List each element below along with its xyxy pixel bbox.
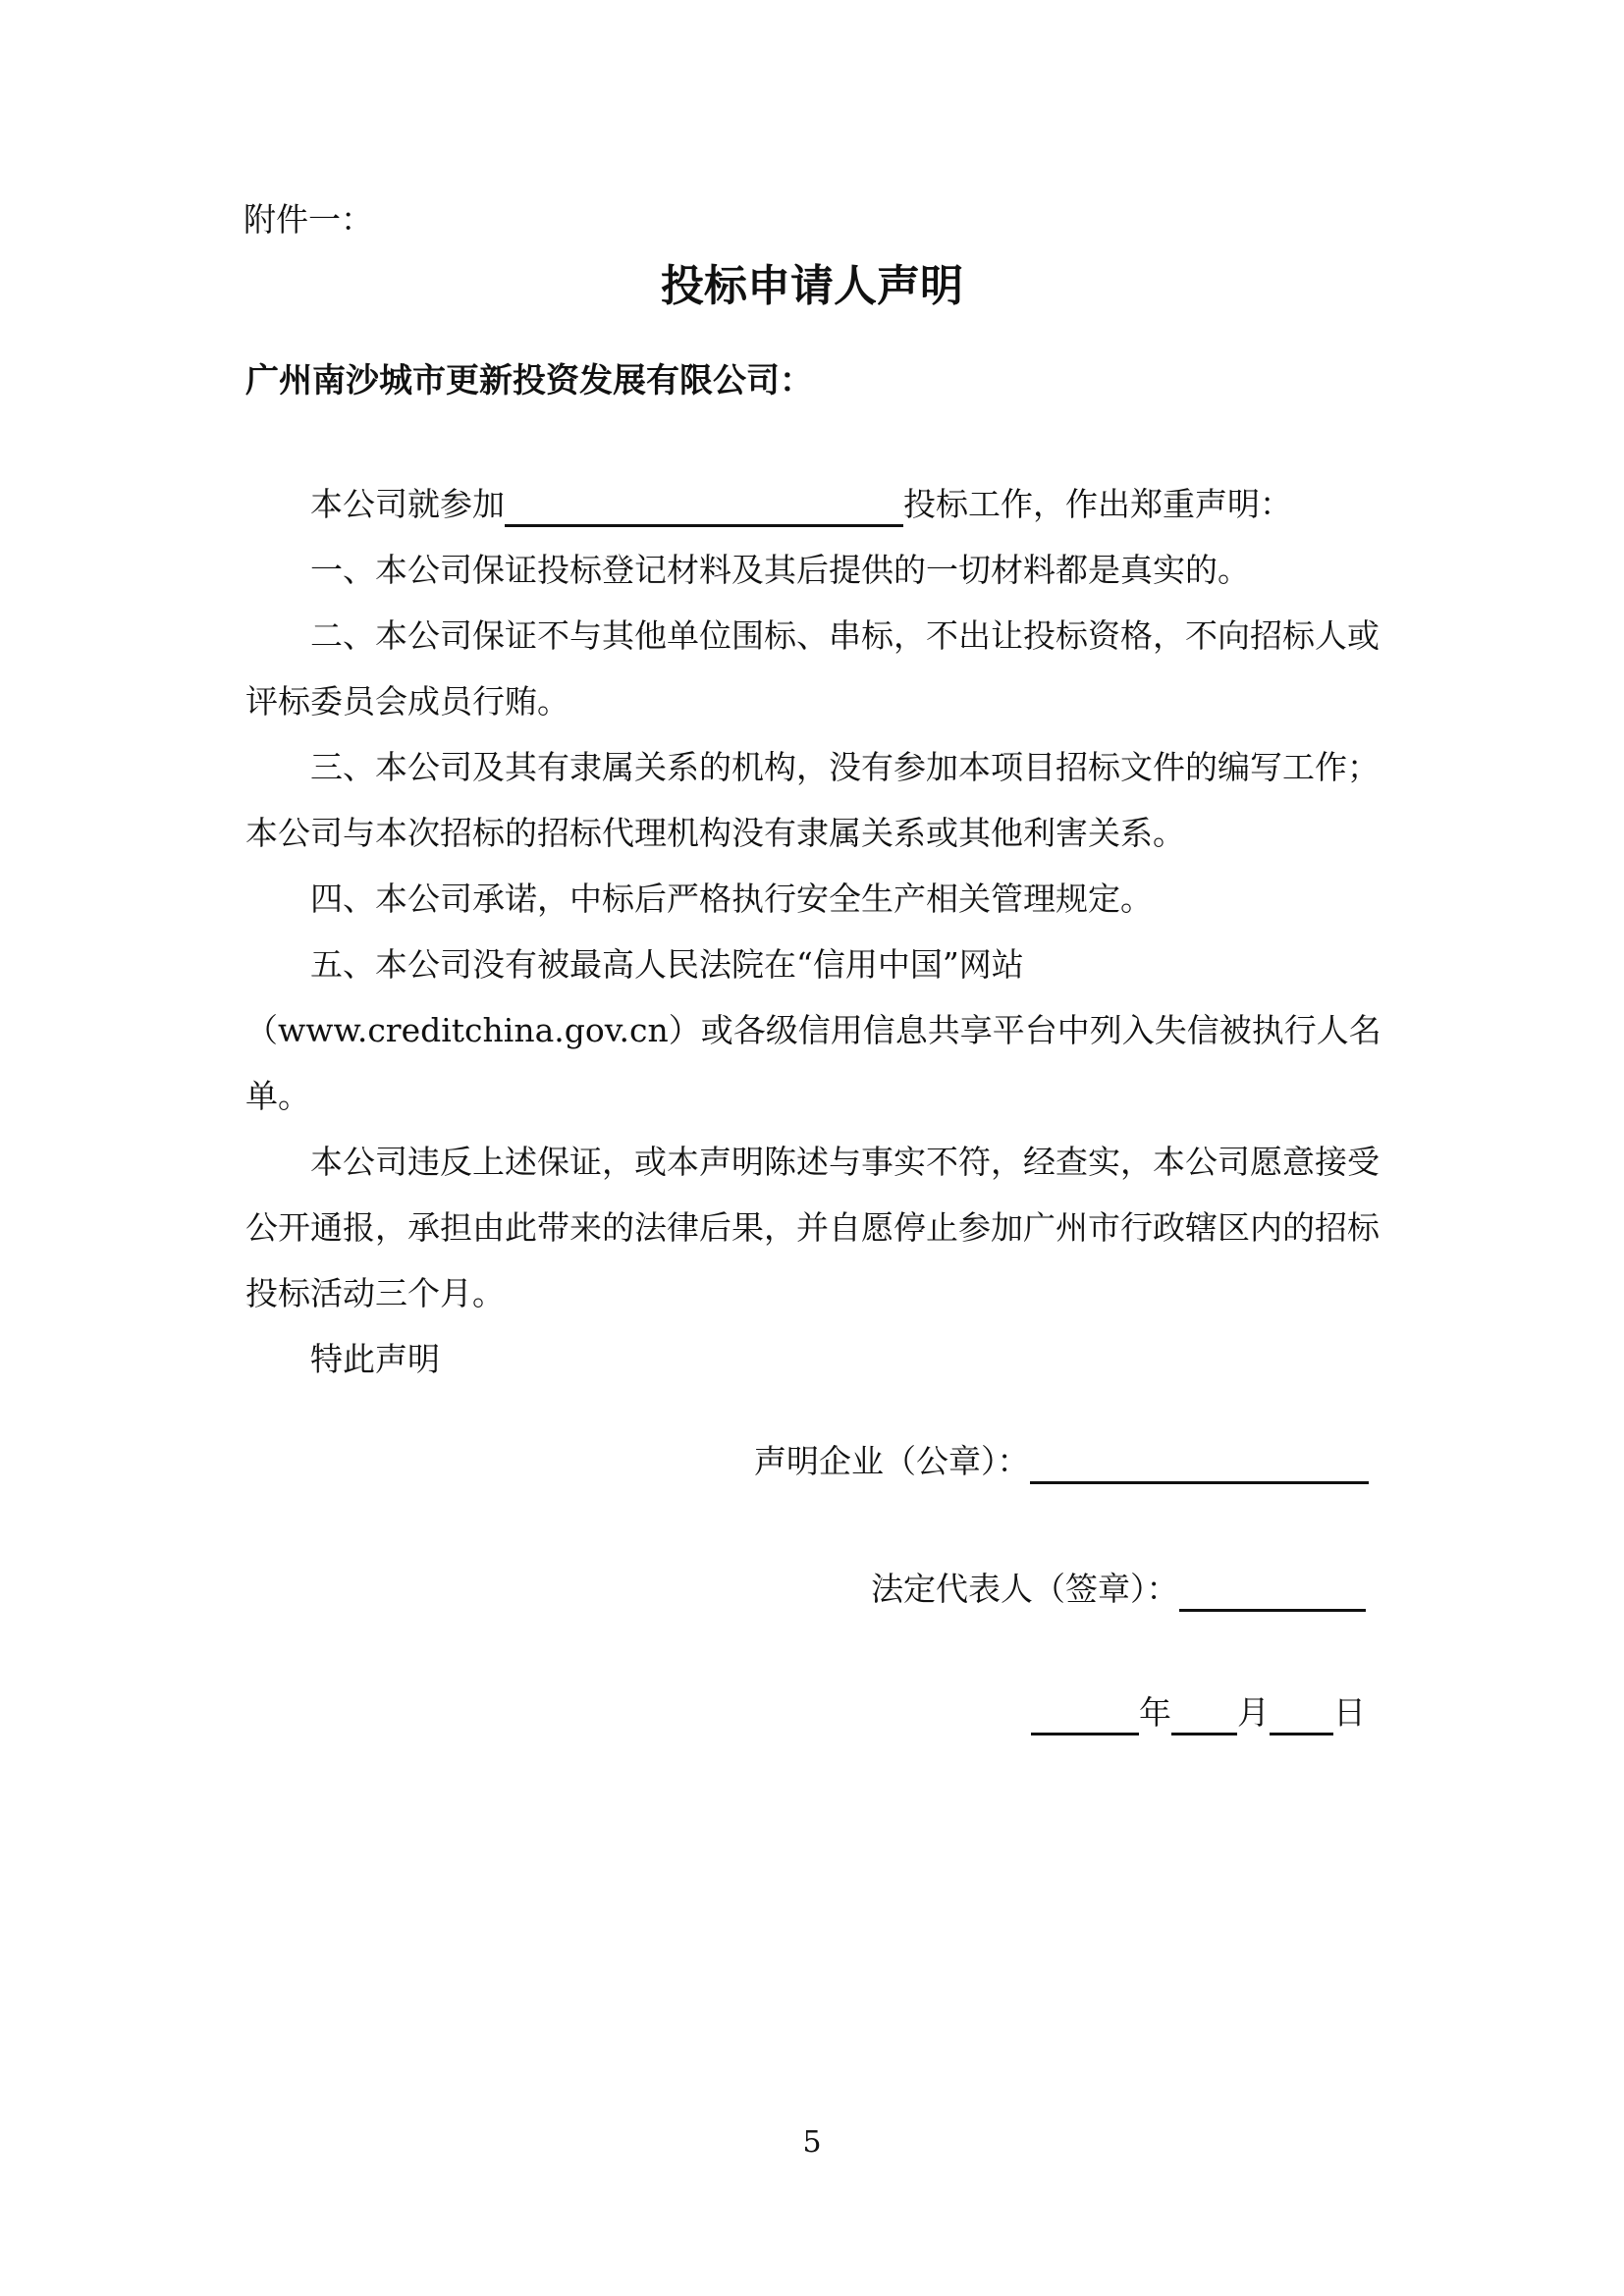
legal-representative-blank-field — [1179, 1609, 1366, 1612]
clause-3-line-2: 本公司与本次招标的招标代理机构没有隶属关系或其他利害关系。 — [245, 800, 1399, 866]
clause-1-line: 一、本公司保证投标登记材料及其后提供的一切材料都是真实的。 — [245, 537, 1399, 603]
project-name-blank-field — [505, 524, 903, 527]
addressee-line: 广州南沙城市更新投资发展有限公司： — [245, 348, 813, 414]
clause-2-line-2: 评标委员会成员行贿。 — [245, 668, 1399, 734]
month-blank-field — [1171, 1733, 1237, 1735]
clause-5-line-3: 单。 — [245, 1063, 1399, 1129]
date-line: 年月日 — [1031, 1680, 1366, 1745]
clause-4-line: 四、本公司承诺，中标后严格执行安全生产相关管理规定。 — [245, 866, 1399, 932]
clause-2-line-1: 二、本公司保证不与其他单位围标、串标，不出让投标资格，不向招标人或 — [245, 603, 1399, 668]
company-seal-line: 声明企业（公章）： — [754, 1428, 1369, 1494]
year-blank-field — [1031, 1733, 1139, 1735]
hereby-declare-line: 特此声明 — [245, 1326, 1399, 1392]
closing-paragraph-line-1: 本公司违反上述保证，或本声明陈述与事实不符，经查实，本公司愿意接受 — [245, 1129, 1399, 1195]
day-blank-field — [1270, 1733, 1333, 1735]
day-label: 日 — [1333, 1693, 1366, 1732]
clause-5-line-2: （www.creditchina.gov.cn）或各级信用信息共享平台中列入失信… — [245, 997, 1399, 1063]
year-label: 年 — [1139, 1693, 1171, 1732]
opening-suffix: 投标工作，作出郑重声明： — [903, 485, 1292, 523]
legal-representative-line: 法定代表人（签章）： — [871, 1556, 1366, 1622]
document-page: 附件一： 投标申请人声明 广州南沙城市更新投资发展有限公司： 本公司就参加投标工… — [0, 0, 1624, 2296]
page-title: 投标申请人声明 — [0, 257, 1624, 316]
opening-prefix: 本公司就参加 — [310, 485, 505, 523]
closing-paragraph-line-2: 公开通报，承担由此带来的法律后果，并自愿停止参加广州市行政辖区内的招标 — [245, 1195, 1399, 1260]
declaration-body: 本公司就参加投标工作，作出郑重声明： 一、本公司保证投标登记材料及其后提供的一切… — [245, 471, 1399, 1392]
legal-representative-label: 法定代表人（签章）： — [871, 1570, 1179, 1608]
clause-3-line-1: 三、本公司及其有隶属关系的机构，没有参加本项目招标文件的编写工作； — [245, 734, 1399, 800]
clause-5-line-1: 五、本公司没有被最高人民法院在“信用中国”网站 — [245, 932, 1399, 997]
month-label: 月 — [1237, 1693, 1270, 1732]
page-number: 5 — [0, 2123, 1624, 2163]
attachment-label: 附件一： — [244, 187, 373, 252]
company-seal-blank-field — [1030, 1481, 1369, 1484]
opening-line: 本公司就参加投标工作，作出郑重声明： — [245, 471, 1399, 537]
closing-paragraph-line-3: 投标活动三个月。 — [245, 1260, 1399, 1326]
company-seal-label: 声明企业（公章）： — [754, 1442, 1030, 1480]
